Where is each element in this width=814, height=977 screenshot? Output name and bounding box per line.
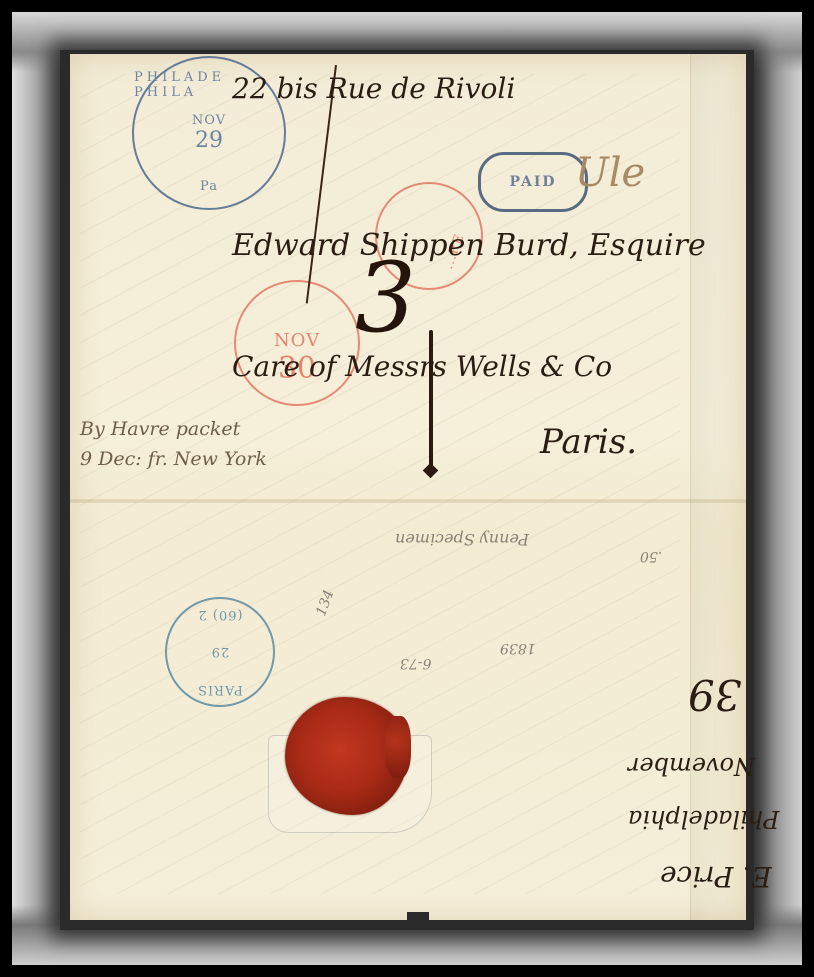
addressee-name: Edward Shippen Burd, Esquire	[232, 228, 706, 263]
route-note-line1: By Havre packet	[80, 418, 240, 440]
route-note-line2: 9 Dec: fr. New York	[80, 448, 267, 470]
paris-postmark-extra: (60) 2	[197, 607, 242, 622]
paris-postmark-day: 29	[211, 645, 230, 660]
address-city: Paris.	[540, 422, 637, 462]
manuscript-rate-numeral: 3	[355, 250, 416, 346]
postmark-day: 29	[195, 128, 223, 153]
docket-year: 39	[688, 670, 741, 719]
address-street: 22 bis Rue de Rivoli	[232, 72, 515, 105]
paid-initials: Ule	[575, 150, 645, 196]
paris-postmark-name: PARIS	[197, 682, 243, 697]
rate-tail-stroke	[429, 330, 433, 470]
docket-sender: E. Price	[660, 860, 772, 893]
docket-city: Philadelphia	[628, 805, 779, 833]
right-fold-flap	[690, 54, 747, 920]
pencil-note-specimen: Penny Specimen	[395, 530, 529, 549]
postmark-state: Pa	[200, 179, 218, 194]
postmark-month: NOV	[192, 113, 226, 128]
pencil-note-year: 1839	[500, 640, 536, 656]
paper-bottom-tear	[407, 912, 429, 922]
docket-month: November	[628, 752, 755, 780]
red-postmark-month: NOV	[274, 330, 320, 351]
pencil-note-code: 6-73	[400, 655, 431, 671]
care-of-line: Care of Messrs Wells & Co	[232, 350, 612, 383]
pencil-note-price: .50	[640, 548, 662, 564]
red-entry-postmark-nov30: NOV 30	[234, 280, 360, 406]
wax-seal-fragment	[385, 716, 411, 778]
paris-postmark: PARIS 29 (60) 2	[165, 597, 275, 707]
paid-oval-handstamp: PAID	[478, 152, 588, 212]
